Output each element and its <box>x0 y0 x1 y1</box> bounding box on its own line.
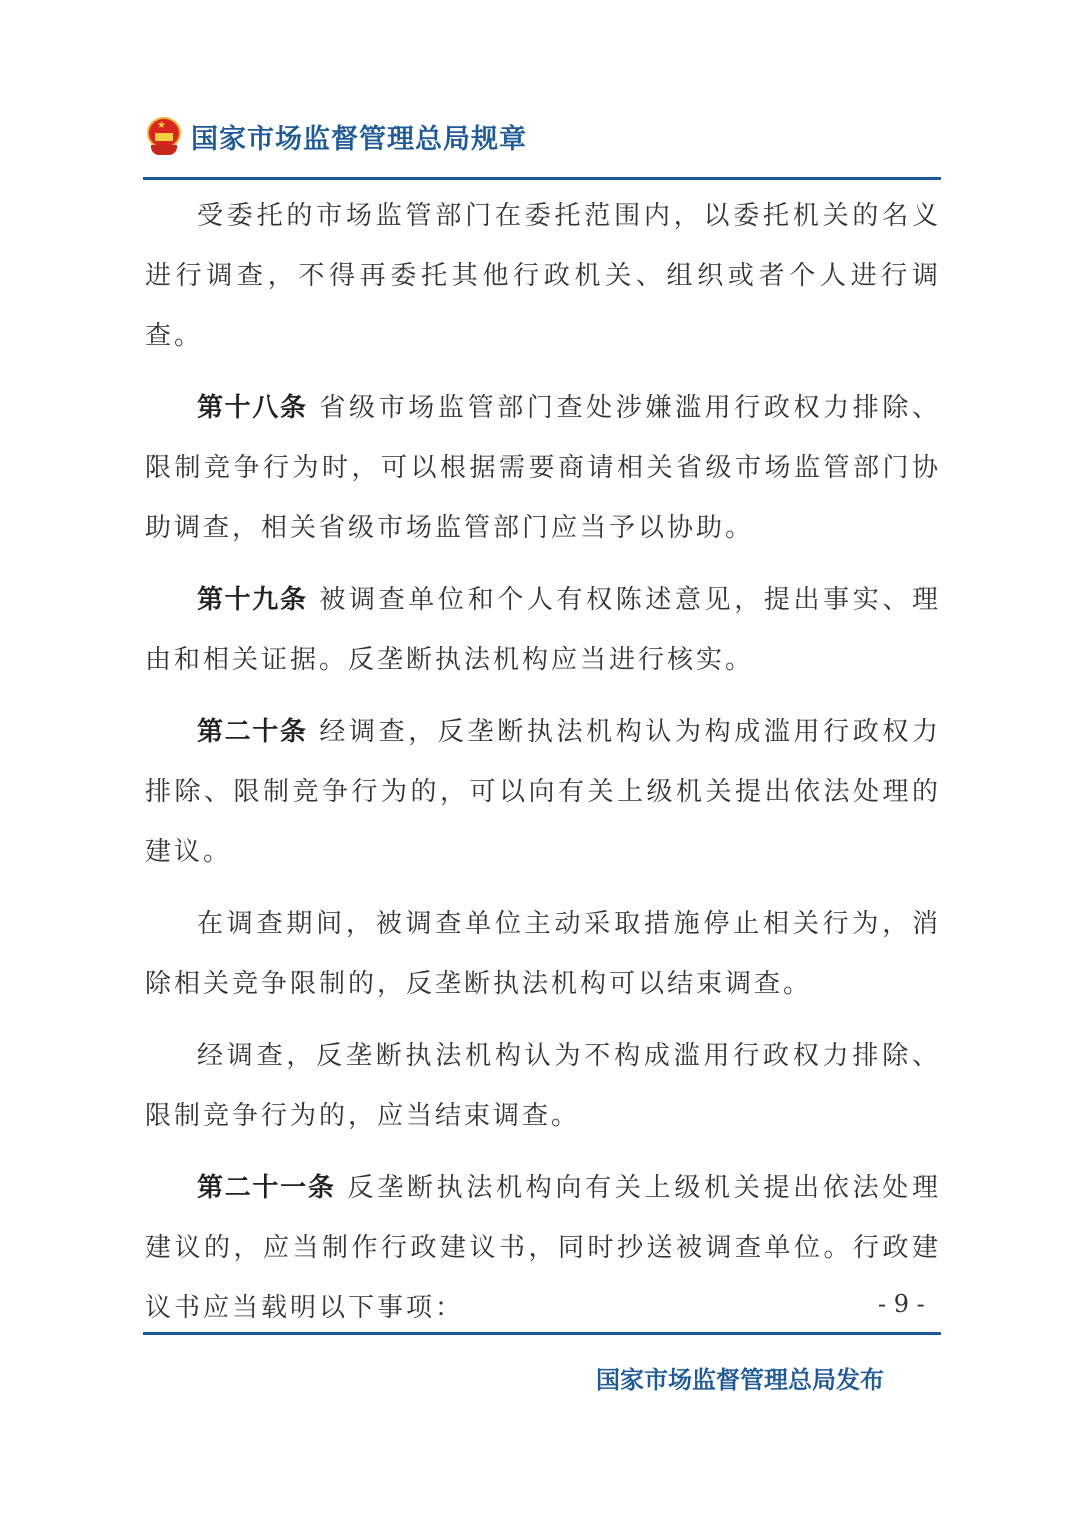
national-emblem-icon: ★ <box>145 115 183 157</box>
paragraph: 第二十条 经调查，反垄断执法机构认为构成滥用行政权力排除、限制竞争行为的，可以向… <box>145 702 941 882</box>
paragraph: 第二十一条 反垄断执法机构向有关上级机关提出依法处理建议的，应当制作行政建议书，… <box>145 1158 941 1338</box>
footer-publisher: 国家市场监督管理总局发布 <box>596 1360 884 1395</box>
paragraph: 经调查，反垄断执法机构认为不构成滥用行政权力排除、限制竞争行为的，应当结束调查。 <box>145 1026 941 1146</box>
footer-divider <box>143 1332 941 1335</box>
page-number: - 9 - <box>878 1290 925 1318</box>
paragraph-text: 受委托的市场监管部门在委托范围内，以委托机关的名义进行调查，不得再委托其他行政机… <box>145 201 941 351</box>
paragraph: 第十八条 省级市场监管部门查处涉嫌滥用行政权力排除、限制竞争行为时，可以根据需要… <box>145 378 941 558</box>
paragraph-text: 经调查，反垄断执法机构认为不构成滥用行政权力排除、限制竞争行为的，应当结束调查。 <box>145 1041 941 1131</box>
article-number: 第二十条 <box>197 717 308 747</box>
document-body: 受委托的市场监管部门在委托范围内，以委托机关的名义进行调查，不得再委托其他行政机… <box>145 186 941 1338</box>
document-header: ★ 国家市场监督管理总局规章 <box>145 115 527 157</box>
paragraph: 受委托的市场监管部门在委托范围内，以委托机关的名义进行调查，不得再委托其他行政机… <box>145 186 941 366</box>
header-title: 国家市场监督管理总局规章 <box>191 117 527 156</box>
paragraph-text: 在调查期间，被调查单位主动采取措施停止相关行为，消除相关竞争限制的，反垄断执法机… <box>145 909 941 999</box>
article-number: 第二十一条 <box>197 1173 336 1203</box>
article-number: 第十八条 <box>197 393 308 423</box>
article-number: 第十九条 <box>197 585 308 615</box>
paragraph: 第十九条 被调查单位和个人有权陈述意见，提出事实、理由和相关证据。反垄断执法机构… <box>145 570 941 690</box>
paragraph: 在调查期间，被调查单位主动采取措施停止相关行为，消除相关竞争限制的，反垄断执法机… <box>145 894 941 1014</box>
header-divider <box>143 177 941 180</box>
